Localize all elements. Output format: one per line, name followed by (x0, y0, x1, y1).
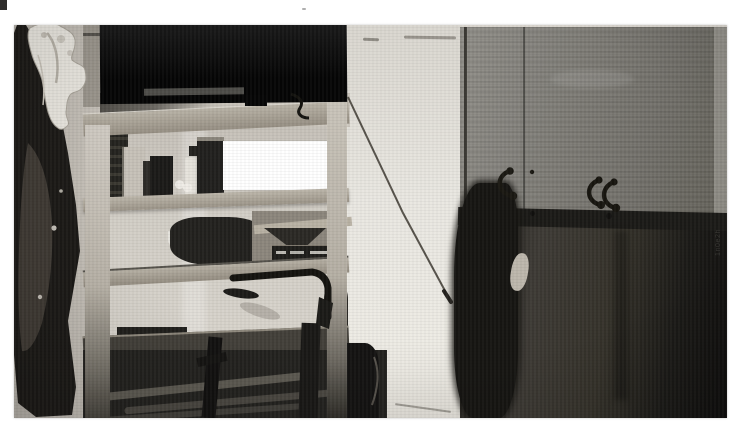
cap-texture-2 (57, 35, 65, 43)
clothes-speck-2 (38, 295, 42, 299)
handle-r2-knob-bottom (612, 204, 620, 212)
corner-speck (0, 0, 7, 10)
leaning-rod (348, 97, 450, 300)
cap-texture-1 (41, 32, 47, 38)
handle-left-dot (530, 170, 534, 174)
clothes-speck-3 (59, 189, 63, 193)
room-photograph: 1n0e2h (14, 25, 727, 418)
cap-texture-3 (67, 50, 73, 56)
handle-left-knob-top (506, 167, 514, 175)
organic-shapes (14, 25, 727, 418)
speaker-cable (372, 357, 378, 405)
handle-left-knob-bottom (509, 192, 517, 200)
clothes-speck-1 (51, 225, 56, 230)
handle-r1-knob-top (595, 176, 602, 183)
tv-cable (291, 94, 309, 118)
scanned-page: 1n0e2h (0, 0, 750, 425)
wardrobe-handle-right-1 (589, 180, 601, 205)
watermark-text: 1n0e2h (713, 190, 725, 256)
rod-tip (444, 291, 451, 302)
scan-dot (302, 8, 306, 10)
handlebar-pipe (233, 272, 328, 317)
handle-r2-knob-top (610, 178, 617, 185)
wardrobe-handle-right-2 (604, 182, 616, 208)
